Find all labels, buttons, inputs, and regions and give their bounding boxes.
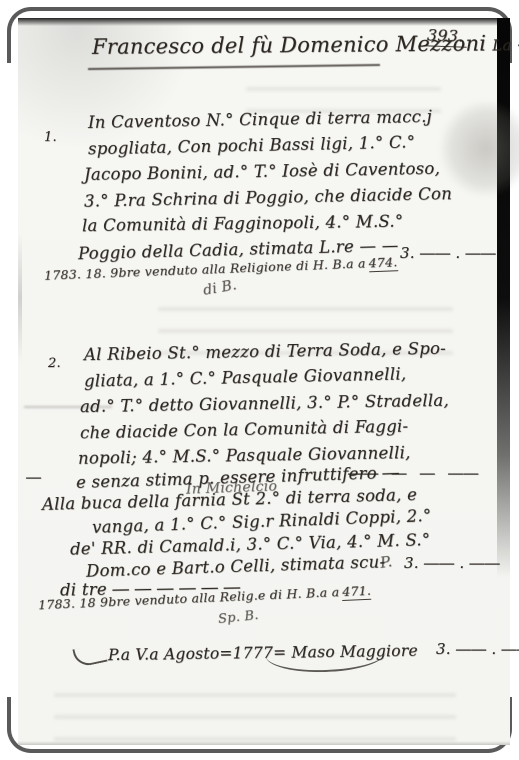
- title-underline: [88, 64, 380, 70]
- entry1-line2: spogliata, Con pochi Bassi ligi, 1.° C.°: [88, 133, 416, 159]
- entry1-value: 3. ―― . ――: [400, 244, 496, 262]
- entry2-line4: che diacide Con la Comunità di Faggi-: [80, 417, 409, 443]
- entry2-margin-number: 2.: [48, 356, 61, 371]
- entry1-line4: 3.° P.ra Schrina di Poggio, che diacide …: [84, 184, 452, 211]
- entry3-signature-flourish: Sp. B.: [217, 608, 259, 627]
- entry1-line1: In Caventoso N.° Cinque di terra macc.j: [88, 107, 432, 132]
- entry1-margin-number: 1.: [44, 130, 57, 145]
- entry1-line3: Jacopo Bonini, ad.° T.° Iosè di Caventos…: [84, 159, 440, 184]
- entry1-note-amount: 474.: [368, 254, 397, 272]
- entry2-left-dash: ―: [26, 468, 41, 486]
- entry2-line2: gliata, a 1.° C.° Pasquale Giovannelli,: [84, 364, 407, 390]
- footer-swash-flourish: [72, 643, 107, 668]
- entry2-value-dashes: ―― ― ― ――: [348, 464, 479, 482]
- paper: 393. Francesco del fù Domenico Mezzoni L…: [18, 18, 510, 745]
- entry1-line5: la Comunità di Fagginopoli, 4.° M.S.°: [82, 212, 404, 235]
- title-flourish: La ·: [492, 36, 519, 54]
- page-title: Francesco del fù Domenico Mezzoni: [92, 31, 486, 58]
- entry3-scudi-flourish: P.: [379, 552, 394, 572]
- entry2-line3: ad.° T.° detto Giovannelli, 3.° P.° Stra…: [80, 391, 449, 416]
- scanned-manuscript-page: 393. Francesco del fù Domenico Mezzoni L…: [0, 0, 519, 760]
- scan-edge-left: [18, 233, 22, 363]
- page-title-row: Francesco del fù Domenico Mezzoni La ·: [92, 31, 519, 59]
- entry1-signature-flourish: di B.: [202, 277, 238, 299]
- entry3-note-amount: 471.: [342, 583, 372, 601]
- footer-value: 3. ―― . ――: [436, 640, 519, 658]
- entry3-value: 3. ―― . ――: [404, 554, 500, 572]
- bleedthrough-band: [54, 686, 456, 752]
- footer-tail-flourish: [266, 652, 387, 674]
